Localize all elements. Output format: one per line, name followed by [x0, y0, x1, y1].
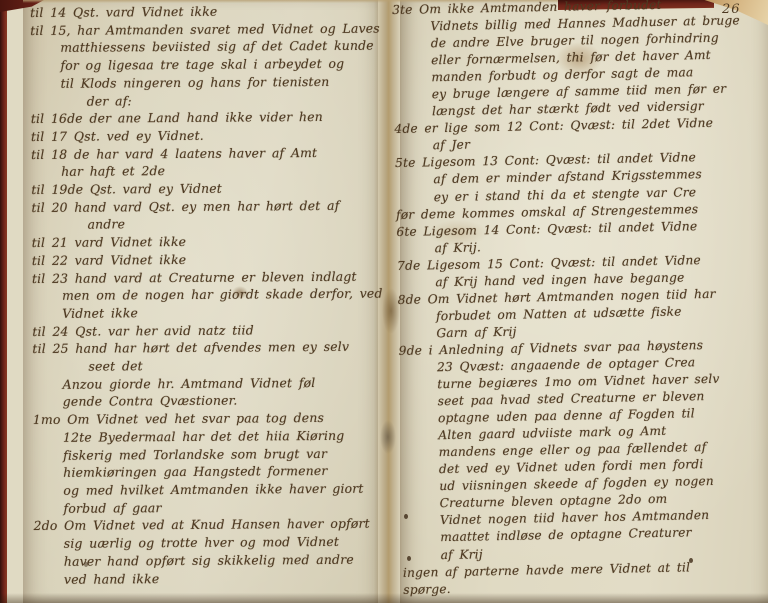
manuscript-line: sig uærlig og trotte hver og mod Vidnet — [34, 533, 380, 553]
book-cover-edge — [0, 0, 7, 603]
manuscript-line: og med hvilket Amtmanden ikke haver gior… — [33, 480, 379, 500]
manuscript-line: til 20 hand vard Qst. ey men har hørt de… — [31, 196, 377, 216]
stacked-page-edges — [7, 0, 23, 603]
manuscript-scan: til 14 Qst. vard Vidnet ikketil 15, har … — [0, 0, 768, 603]
manuscript-line: ved hand ikke — [34, 568, 380, 588]
manuscript-text-left: til 14 Qst. vard Vidnet ikketil 15, har … — [30, 2, 380, 589]
manuscript-line: haver hand opført sig skikkelig med andr… — [34, 550, 380, 570]
manuscript-line: 12te Byedermaal har det det hiia Kiøring — [33, 426, 379, 446]
manuscript-line: for og ligesaa tre tage skal i arbeydet … — [30, 55, 376, 75]
manuscript-line: til 25 hand har hørt det afvendes men ey… — [32, 338, 378, 358]
manuscript-text-right: 3te Om ikke Amtmanden haver forbudetVidn… — [392, 0, 768, 599]
manuscript-line: men om de nogen har giordt skade derfor,… — [32, 285, 378, 305]
bottom-edge-shadow — [0, 593, 768, 603]
manuscript-line: til Klods ningeren og hans for tienisten — [30, 72, 376, 92]
page-number: 26 — [722, 2, 741, 17]
